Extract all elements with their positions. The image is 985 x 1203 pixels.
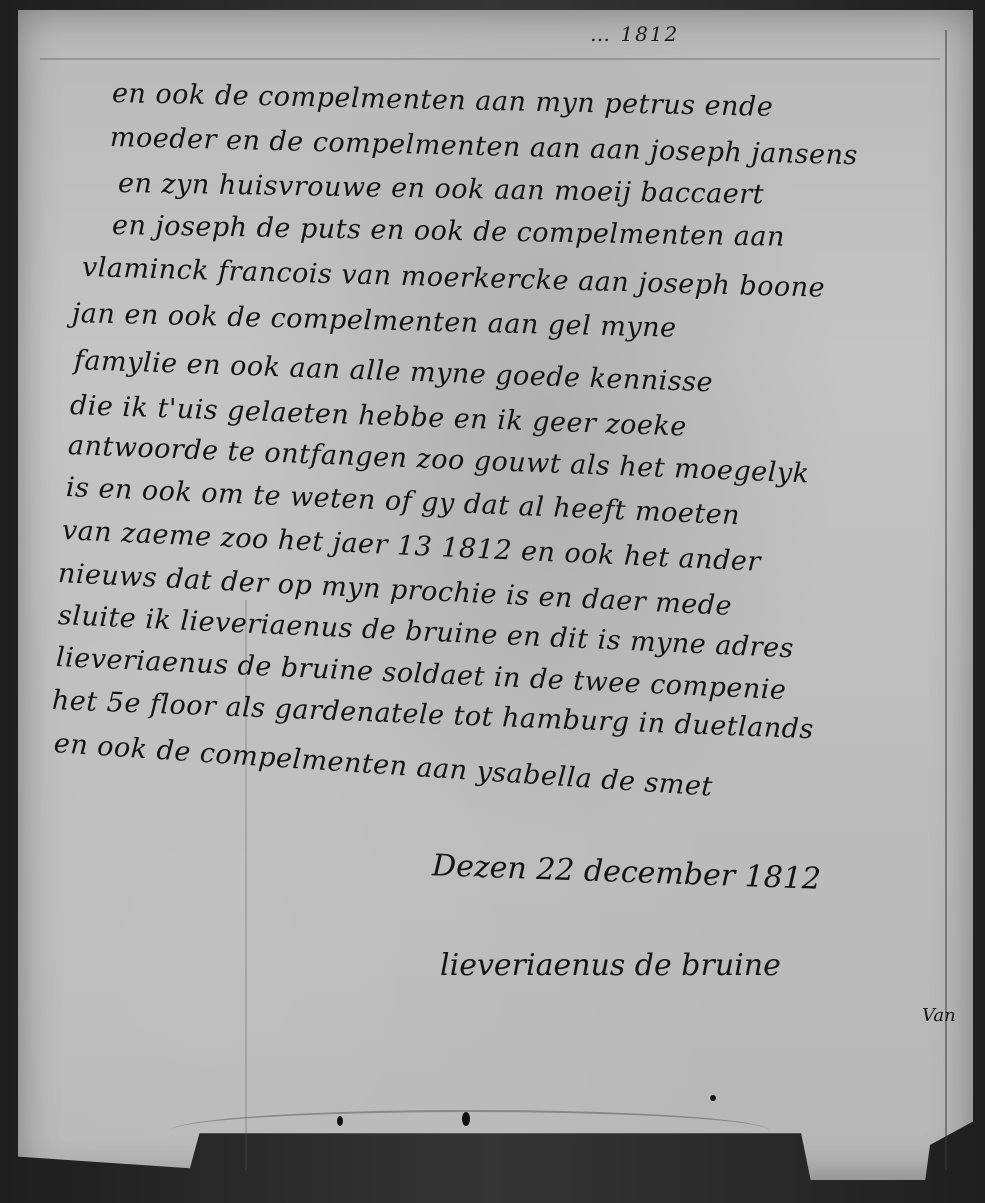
- margin-note: Van: [922, 1005, 956, 1026]
- fold-crease: [40, 58, 940, 60]
- ink-blot: [710, 1095, 716, 1101]
- ink-blot: [462, 1112, 470, 1126]
- fold-crease: [945, 30, 947, 1170]
- ink-blot: [337, 1116, 343, 1126]
- torn-edge: [170, 1110, 770, 1152]
- header-date-mark: … 1812: [590, 22, 679, 46]
- fold-crease: [245, 600, 247, 1170]
- letter-signature: lieveriaenus de bruine: [440, 948, 781, 983]
